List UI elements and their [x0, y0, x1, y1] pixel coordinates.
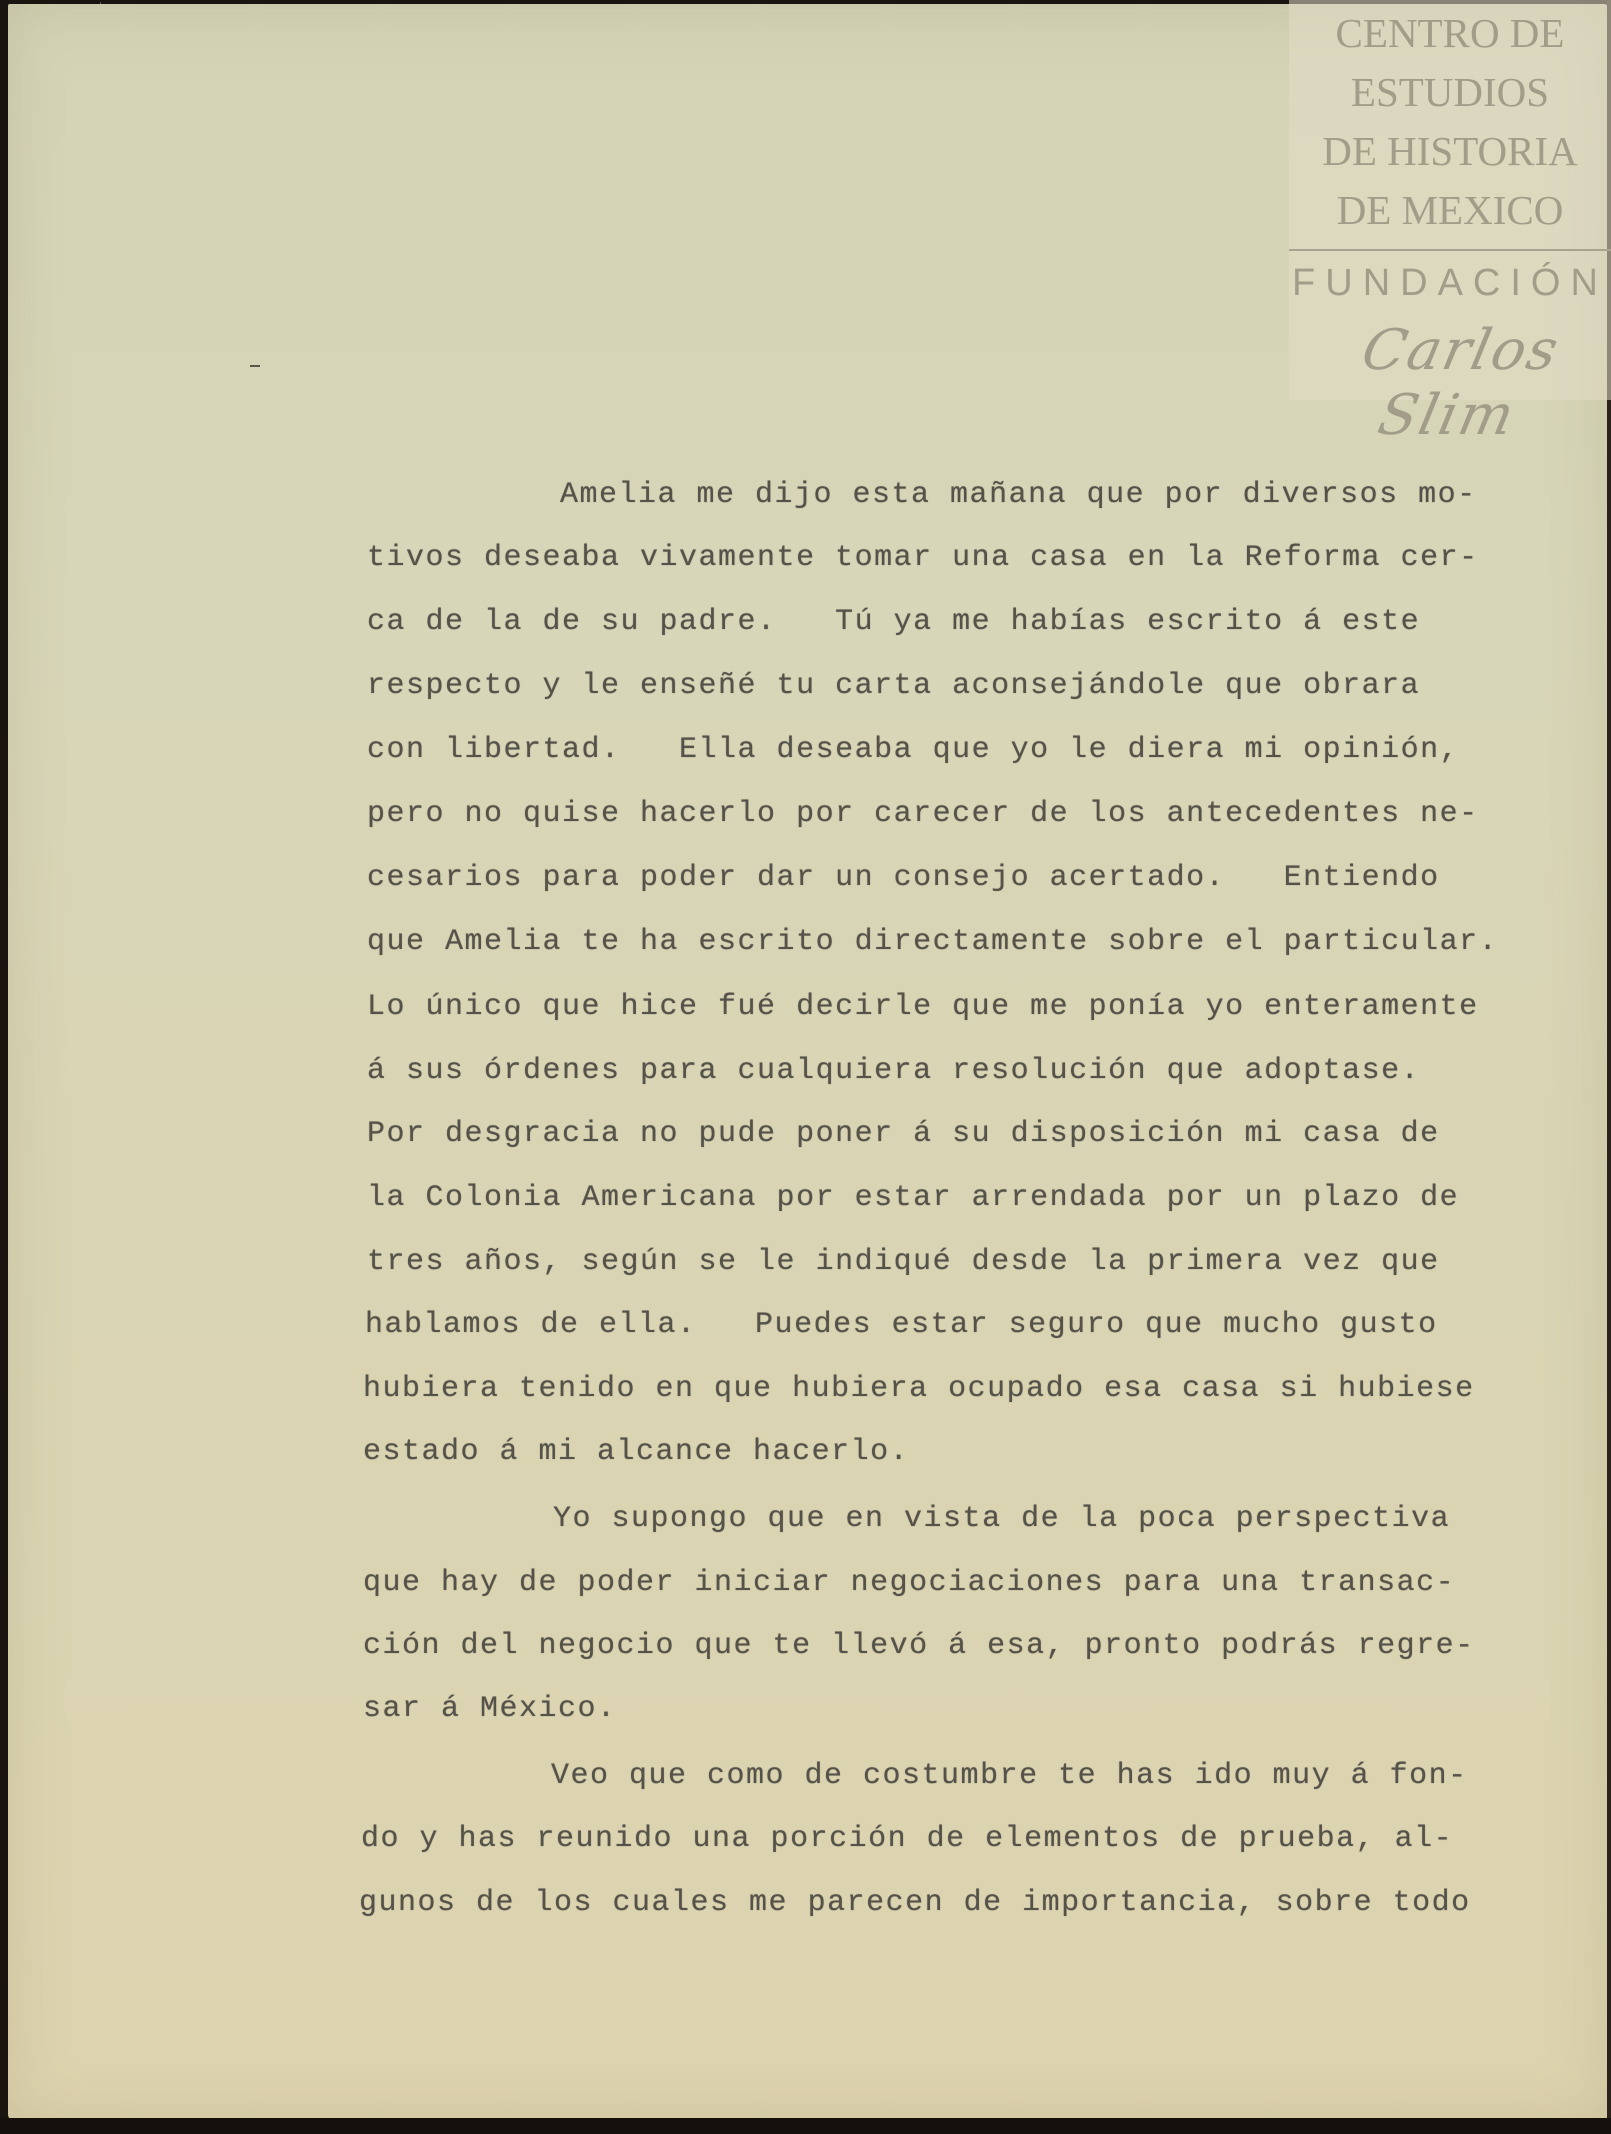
letter-line: sar á México.: [363, 1692, 617, 1726]
letter-line: respecto y le enseñé tu carta aconsejánd…: [367, 669, 1420, 703]
letter-line: la Colonia Americana por estar arrendada…: [367, 1181, 1459, 1215]
letter-line: hablamos de ella. Puedes estar seguro qu…: [365, 1308, 1438, 1342]
letter-line: que Amelia te ha escrito directamente so…: [367, 925, 1498, 959]
letter-line: con libertad. Ella deseaba que yo le die…: [367, 733, 1459, 767]
letter-line: tivos deseaba vivamente tomar una casa e…: [367, 541, 1479, 575]
letter-line: Veo que como de costumbre te has ido muy…: [551, 1759, 1468, 1793]
letter-line: ción del negocio que te llevó á esa, pro…: [363, 1629, 1475, 1663]
letter-line: estado á mi alcance hacerlo.: [363, 1435, 909, 1469]
letter-line: Lo único que hice fué decirle que me pon…: [367, 990, 1479, 1024]
letter-line: Yo supongo que en vista de la poca persp…: [553, 1502, 1450, 1536]
letter-line: ca de la de su padre. Tú ya me habías es…: [367, 605, 1420, 639]
letter-line: Amelia me dijo esta mañana que por diver…: [560, 478, 1477, 512]
letter-line: tres años, según se le indiqué desde la …: [367, 1245, 1440, 1279]
letter-line: pero no quise hacerlo por carecer de los…: [367, 797, 1479, 831]
letter-line: á sus órdenes para cualquiera resolución…: [367, 1054, 1420, 1088]
letter-line: gunos de los cuales me parecen de import…: [359, 1886, 1471, 1920]
typewritten-letter: Amelia me dijo esta mañana que por diver…: [0, 0, 1611, 2134]
letter-line: hubiera tenido en que hubiera ocupado es…: [363, 1372, 1475, 1406]
letter-line: que hay de poder iniciar negociaciones p…: [363, 1566, 1455, 1600]
letter-line: Por desgracia no pude poner á su disposi…: [367, 1117, 1440, 1151]
letter-line: cesarios para poder dar un consejo acert…: [367, 861, 1440, 895]
letter-line: do y has reunido una porción de elemento…: [361, 1822, 1453, 1856]
